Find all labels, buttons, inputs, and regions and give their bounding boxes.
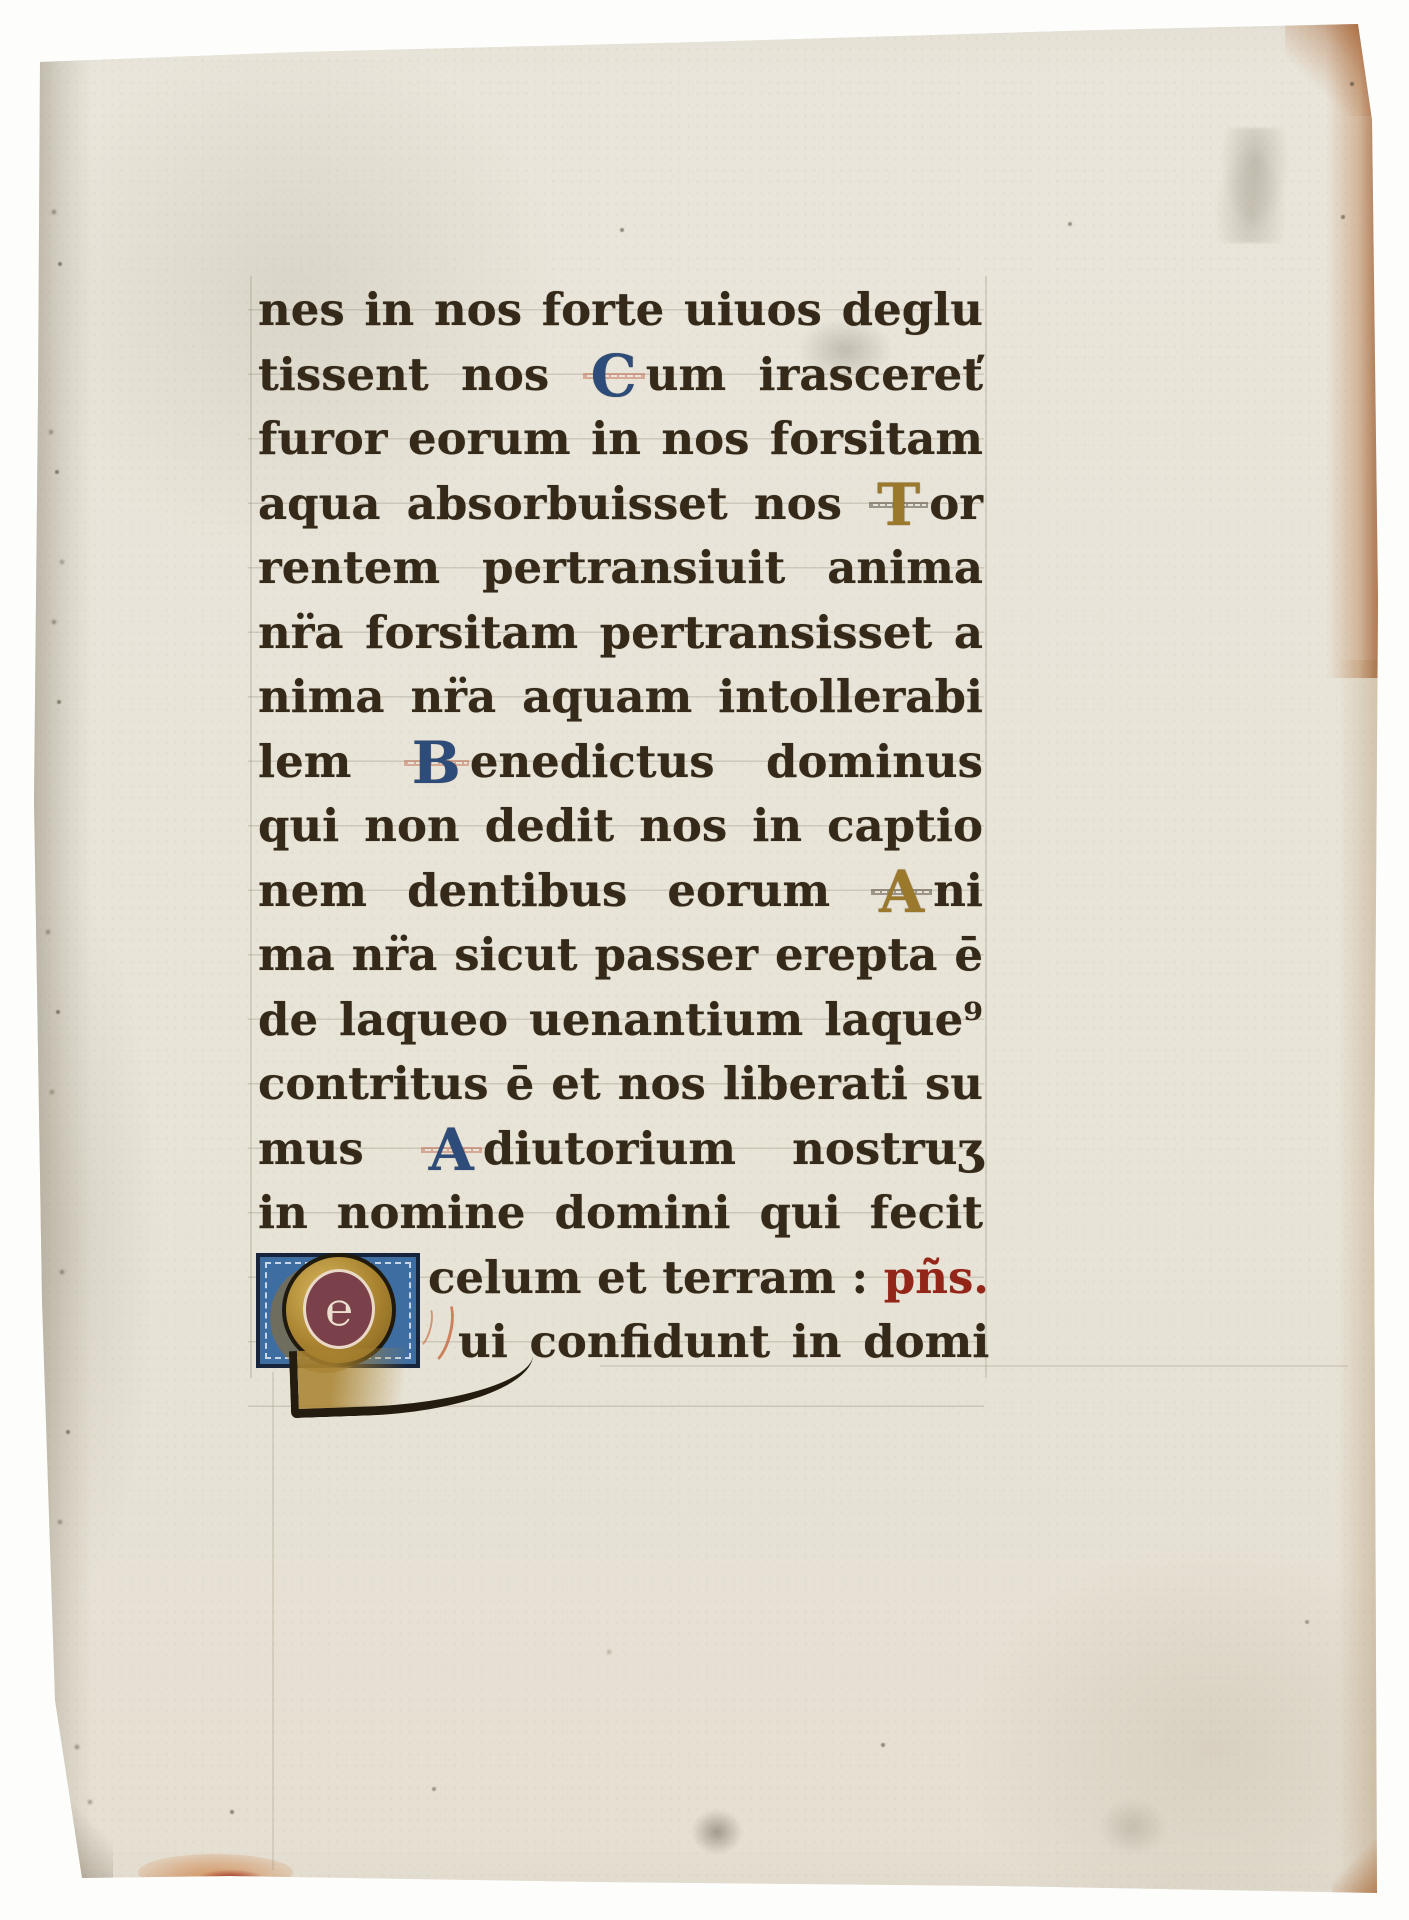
text-line-11: ma nr̈a sicut passer erepta ē [258, 923, 983, 988]
latin-text: qui non dedit nos in captio [258, 799, 983, 852]
illuminated-initial-blue: C [585, 375, 643, 377]
browned-corner-top-right [1285, 16, 1380, 116]
latin-text: rentem pertransiuit anima [258, 541, 983, 594]
latin-text: nr̈a forsitam pertransisset a [258, 606, 983, 659]
smudge-bottom-center [688, 1806, 746, 1858]
latin-text: contritus ē et nos liberati su [258, 1057, 983, 1110]
manuscript-leaf: nes in nos forte uiuos deglutissent nos … [0, 0, 1409, 1920]
latin-text: ni [933, 864, 983, 917]
red-stain-top-edge-1 [128, 47, 174, 58]
text-line-10: nem dentibus eorum Ani [258, 859, 983, 924]
latin-text: in nomine domini qui fecit [258, 1186, 983, 1239]
latin-text: lem [258, 735, 403, 788]
rubric-psalmus: pñs. [884, 1251, 989, 1304]
bounding-line-right [985, 276, 987, 1378]
drop-cap-maroon-center: ℮ [303, 1269, 375, 1349]
latin-text: nes in nos forte uiuos deglu [258, 283, 983, 336]
bounding-line-lower-left [272, 1372, 274, 1870]
smudge-upper-right [1213, 128, 1297, 243]
photograph-canvas: nes in nos forte uiuos deglutissent nos … [0, 0, 1409, 1920]
latin-text: de laqueo uenantium laque⁹ [258, 993, 983, 1046]
browned-corner-bottom-right [1332, 1835, 1386, 1895]
latin-text: mus [258, 1122, 420, 1175]
browned-fore-edge-top [1326, 18, 1386, 678]
text-line-9: qui non dedit nos in captio [258, 794, 983, 859]
drop-cap-tail-flourish [289, 1343, 535, 1418]
latin-text: ma nr̈a sicut passer erepta ē [258, 928, 983, 981]
latin-text: nima nr̈a aquam intollerabi [258, 670, 983, 723]
latin-text: enedictus dominus [470, 735, 983, 788]
latin-text: ui confidunt in domi [458, 1315, 989, 1368]
dirt-corner-bottom-left [48, 1795, 113, 1883]
browned-fore-edge-lower [1338, 660, 1386, 1900]
text-line-5: rentem pertransiuit anima [258, 536, 983, 601]
red-stain-top-edge-2 [246, 40, 352, 52]
illuminated-initial-blue: A [423, 1149, 480, 1151]
illuminated-initial-gold: A [873, 891, 930, 893]
latin-text: um irascereť [646, 348, 983, 401]
text-line-12: de laqueo uenantium laque⁹ [258, 988, 983, 1053]
text-line-14: mus Adiutorium nostruʒ [258, 1117, 983, 1182]
latin-text: nem dentibus eorum [258, 864, 870, 917]
tan-wash-bottom-right [960, 1540, 1380, 1890]
text-line-15: in nomine domini qui fecit [258, 1181, 983, 1246]
red-stain-bottom-edge [200, 1870, 262, 1887]
text-line-13: contritus ē et nos liberati su [258, 1052, 983, 1117]
latin-text: aqua absorbuisset nos [258, 477, 868, 530]
text-line-2: tissent nos Cum irascereť [258, 343, 983, 408]
text-line-8: lem Benedictus dominus [258, 730, 983, 795]
text-line-1: nes in nos forte uiuos deglu [258, 278, 983, 343]
text-line-7: nima nr̈a aquam intollerabi [258, 665, 983, 730]
psalm-text-block: nes in nos forte uiuos deglutissent nos … [258, 278, 983, 1375]
bounding-line-left [250, 276, 252, 1378]
latin-text: celum et terram : [428, 1251, 884, 1304]
latin-text: furor eorum in nos forsitam [258, 412, 983, 465]
illuminated-initial-gold: T [871, 504, 926, 506]
text-line-3: furor eorum in nos forsitam [258, 407, 983, 472]
latin-text: tissent nos [258, 348, 582, 401]
text-line-4: aqua absorbuisset nos Tor [258, 472, 983, 537]
drop-cap-initial-Q: ℮ Q [256, 1253, 420, 1368]
gutter-edge-darkening [28, 40, 92, 1885]
grey-wash-left-margin [28, 880, 158, 1600]
dirt-specks [0, 0, 4, 4]
text-line-6: nr̈a forsitam pertransisset a [258, 601, 983, 666]
drop-cap-center-swirl: ℮ [325, 1282, 353, 1336]
orange-stain-bottom-edge [138, 1854, 293, 1890]
illuminated-initial-blue: B [406, 762, 467, 764]
latin-text: diutorium nostruʒ [483, 1122, 983, 1175]
smudge-bottom-right [1096, 1796, 1170, 1858]
latin-text: or [929, 477, 983, 530]
